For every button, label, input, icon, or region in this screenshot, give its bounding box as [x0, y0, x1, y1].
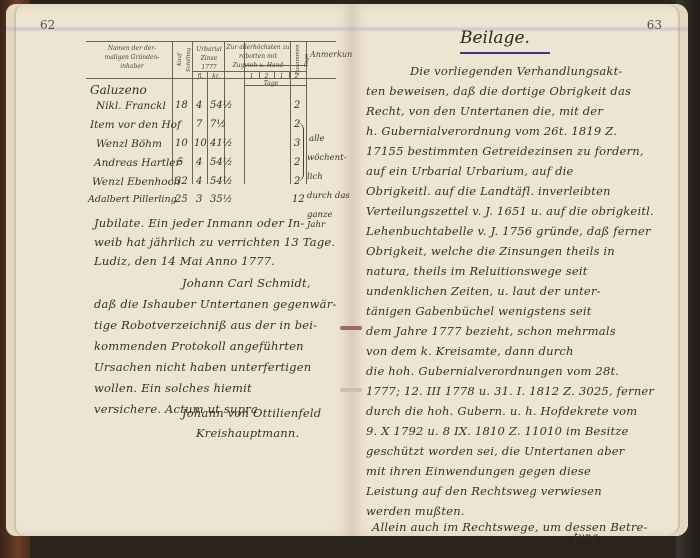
body-line: die hoh. Gubernialverordnungen vom 28t.	[366, 364, 619, 378]
note-line: lich	[307, 172, 323, 182]
village-name: Galuzeno	[90, 83, 147, 97]
row-fl: 4	[196, 157, 202, 168]
row-kr: 54½	[210, 100, 232, 111]
note-line: wöchent-	[307, 153, 346, 163]
body-line: Die vorliegenden Verhandlungsakt-	[410, 64, 623, 78]
body-line: h. Gubernialverordnung vom 26t. 1819 Z.	[366, 124, 617, 138]
row-fl: 4	[196, 100, 202, 111]
body-line: Johann Carl Schmidt,	[182, 276, 311, 290]
header-kaufschilling: Kauf Schilling	[176, 45, 194, 75]
note-line: alle	[309, 134, 325, 144]
body-line: Allein auch im Rechtswege, um dessen Bet…	[372, 520, 648, 534]
body-line: ten beweisen, daß die dortige Obrigkeit …	[366, 84, 631, 98]
body-line: Jubilate. Ein jeder Inmann oder In-	[94, 216, 304, 230]
row-name: Adalbert Pillerling	[88, 194, 177, 205]
body-line: Lehenbuchtabelle v. J. 1756 gründe, daß …	[366, 224, 651, 238]
left-page: 62 Namen der der- maligen Gründen- inhab…	[6, 4, 352, 536]
body-line: daß die Ishauber Untertanen gegenwär-	[94, 297, 337, 311]
body-line: tige Robotverzeichniß aus der in bei-	[94, 318, 317, 332]
row-total: 12	[292, 194, 305, 205]
header-anmerkung: Anmerkung	[310, 49, 340, 60]
row-kr: 7½	[210, 119, 226, 130]
row-kauf: 32	[175, 176, 188, 187]
body-line: Ursachen nicht haben unterfertigen	[94, 360, 311, 374]
body-line: werden mußten.	[366, 504, 465, 518]
body-line: Verteilungszettel v. J. 1651 u. auf die …	[366, 204, 654, 218]
page-number-left: 62	[40, 18, 55, 32]
body-line: 1777; 12. III 1778 u. 31. I. 1812 Z. 302…	[366, 384, 654, 398]
body-line: Leistung auf den Rechtsweg verwiesen	[366, 484, 602, 498]
body-line: 17155 bestimmten Getreidezinsen zu forde…	[366, 144, 644, 158]
row-kauf: 18	[175, 100, 188, 111]
body-line: dem Jahre 1777 bezieht, schon mehrmals	[366, 324, 616, 338]
row-name: Wenzl Ebenhoch	[92, 176, 180, 188]
body-line: Recht, von den Untertanen die, mit der	[366, 104, 603, 118]
binding-stitch	[340, 388, 362, 392]
right-page: 63 Beilage. Die vorliegenden Verhandlung…	[352, 4, 688, 536]
row-name: Andreas Hartler	[94, 157, 181, 169]
body-line: Obrigkeit, welche die Zinsungen theils i…	[366, 244, 615, 258]
scan-band	[6, 26, 352, 32]
note-line: durch das	[307, 191, 350, 201]
row-kauf: 5	[177, 157, 183, 168]
row-kauf: 25	[175, 194, 188, 205]
body-line: wollen. Ein solches hiemit	[94, 381, 252, 395]
body-line: kommenden Protokoll angeführten	[94, 339, 304, 353]
body-line: tung	[574, 532, 598, 543]
row-fl: 7	[196, 119, 202, 130]
header-fl: fl.	[194, 72, 207, 81]
body-line: natura, theils im Reluitionswege seit	[366, 264, 588, 278]
body-line: tänigen Gabenbüchel wenigstens seit	[366, 304, 592, 318]
body-line: Obrigkeitl. auf die Landtäfl. inverleibt…	[366, 184, 611, 198]
header-name: Namen der der- maligen Gründen- inhaber	[96, 44, 168, 71]
body-line: von dem k. Kreisamte, dann durch	[366, 344, 574, 358]
body-line: auf ein Urbarial Urbarium, auf die	[366, 164, 574, 178]
row-fl: 4	[196, 176, 202, 187]
body-line: mit ihren Einwendungen gegen diese	[366, 464, 591, 478]
header-zinse: Urbarial Zinse 1777	[194, 45, 224, 72]
row-fl: 3	[196, 194, 202, 205]
body-line: geschützt worden sei, die Untertanen abe…	[366, 444, 624, 458]
title-underline	[460, 52, 550, 54]
brace	[295, 122, 304, 182]
row-name: Item vor den Hof	[90, 119, 181, 131]
row-name: Wenzl Böhm	[96, 138, 162, 150]
row-kauf: 10	[175, 138, 188, 149]
row-kr: 41½	[210, 138, 232, 149]
binding-stitch	[340, 326, 362, 330]
body-line: undenklichen Zeiten, u. laut der unter-	[366, 284, 601, 298]
signature-name: Johann von Ottilienfeld	[182, 406, 321, 420]
header-robot: Zur allerhöchsten zu robotten mit Zugvie…	[226, 43, 290, 70]
body-line: 9. X 1792 u. 8 IX. 1810 Z. 11010 im Besi…	[366, 424, 629, 438]
body-line: Ludiz, den 14 Mai Anno 1777.	[94, 254, 275, 268]
body-line: durch die hoh. Gubern. u. h. Hofdekrete …	[366, 404, 637, 418]
header-kr: kr.	[209, 72, 223, 81]
page-number-right: 63	[647, 18, 662, 32]
row-kr: 54½	[210, 157, 232, 168]
body-line: weib hat jährlich zu verrichten 13 Tage.	[94, 235, 335, 249]
signature-title: Kreishauptmann.	[196, 426, 299, 440]
row-fl: 10	[194, 138, 207, 149]
note-line: ganze Jahr	[307, 210, 352, 230]
page-title: Beilage.	[460, 28, 530, 48]
row-kr: 54½	[210, 176, 232, 187]
header-tage: Tage	[251, 79, 291, 88]
row-kr: 35½	[210, 194, 232, 205]
row-total: 2	[294, 100, 300, 111]
row-name: Nikl. Franckl	[96, 100, 166, 112]
